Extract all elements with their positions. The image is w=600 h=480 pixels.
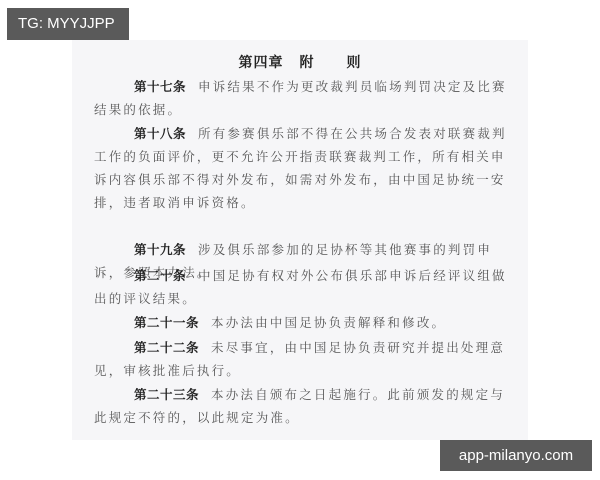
chapter-title: 第四章附则 <box>72 52 528 72</box>
article-20: 第二十条中国足协有权对外公布俱乐部申诉后经评议组做出的评议结果。 <box>94 264 514 310</box>
chapter-title-word2: 则 <box>347 55 362 71</box>
article-18: 第十八条所有参赛俱乐部不得在公共场合发表对联赛裁判工作的负面评价，更不允许公开指… <box>94 122 514 214</box>
article-number: 第十九条 <box>134 242 186 257</box>
article-number: 第二十二条 <box>134 340 199 355</box>
watermark-bottom-right: app-milanyo.com <box>440 440 592 471</box>
article-number: 第二十一条 <box>134 315 199 330</box>
article-number: 第十七条 <box>134 79 186 94</box>
article-17: 第十七条申诉结果不作为更改裁判员临场判罚决定及比赛结果的依据。 <box>94 75 514 121</box>
article-22: 第二十二条未尽事宜，由中国足协负责研究并提出处理意见，审核批准后执行。 <box>94 336 514 382</box>
chapter-title-word1: 附 <box>300 55 315 71</box>
article-number: 第二十条 <box>134 268 186 283</box>
article-number: 第十八条 <box>134 126 186 141</box>
article-text: 本办法由中国足协负责解释和修改。 <box>211 315 446 330</box>
chapter-title-number: 第四章 <box>239 55 284 71</box>
document-page: 第四章附则 第十七条申诉结果不作为更改裁判员临场判罚决定及比赛结果的依据。 第十… <box>72 40 528 440</box>
watermark-top-left: TG: MYYJJPP <box>7 8 129 40</box>
article-23: 第二十三条本办法自颁布之日起施行。此前颁发的规定与此规定不符的，以此规定为准。 <box>94 383 514 429</box>
article-number: 第二十三条 <box>134 387 199 402</box>
article-21: 第二十一条本办法由中国足协负责解释和修改。 <box>94 311 514 334</box>
